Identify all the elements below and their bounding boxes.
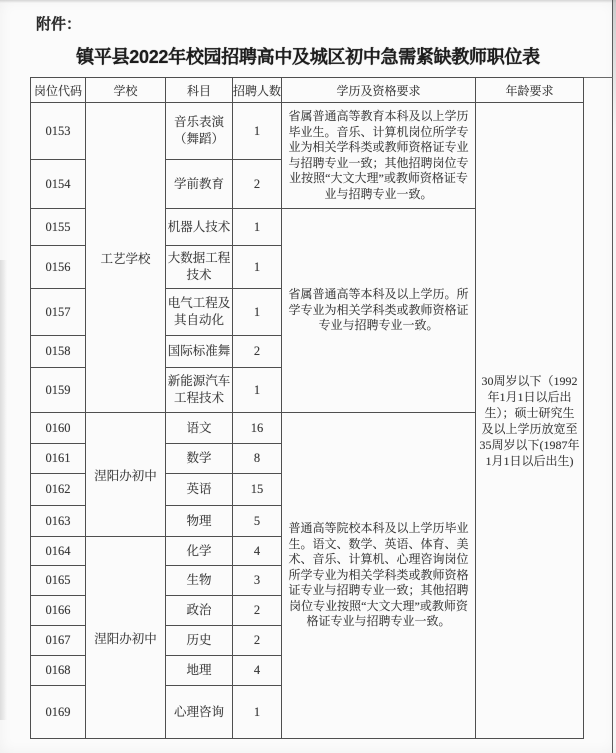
recruit-count-cell: 1: [233, 246, 282, 289]
recruit-count-cell: 3: [233, 566, 282, 596]
recruit-count-cell: 1: [233, 368, 282, 413]
recruit-count-cell: 5: [233, 506, 282, 537]
scan-left-shade: [0, 260, 7, 720]
position-code-cell: 0168: [31, 656, 86, 686]
recruit-count-cell: 16: [233, 413, 282, 444]
header-position-code: 岗位代码: [31, 78, 86, 103]
subject-cell: 机器人技术: [166, 209, 233, 246]
school-cell: 涅阳办初中: [86, 537, 166, 739]
recruit-count-cell: 4: [233, 537, 282, 566]
subject-cell: 国际标准舞: [166, 336, 233, 368]
subject-cell: 新能源汽车工程技术: [166, 368, 233, 413]
page-title: 镇平县2022年校园招聘高中及城区初中急需紧缺教师职位表: [0, 43, 616, 69]
subject-cell: 音乐表演（舞蹈）: [166, 103, 233, 160]
attachment-label: 附件：: [36, 13, 81, 34]
subject-cell: 心理咨询: [166, 686, 233, 739]
position-code-cell: 0157: [31, 289, 86, 336]
subject-cell: 数学: [166, 444, 233, 474]
subject-cell: 大数据工程技术: [166, 246, 233, 289]
position-code-cell: 0169: [31, 686, 86, 739]
school-cell: 涅阳办初中: [86, 413, 166, 537]
jobs-table: 岗位代码 学校 科目 招聘人数 学历及资格要求 年龄要求 0153 工艺学校 音…: [30, 77, 584, 739]
subject-cell: 语文: [166, 413, 233, 444]
subject-cell: 物理: [166, 506, 233, 537]
recruit-count-cell: 8: [233, 444, 282, 474]
position-code-cell: 0167: [31, 626, 86, 656]
requirements-cell: 普通高等院校本科及以上学历毕业生。语文、数学、英语、体育、美术、音乐、计算机、心…: [282, 413, 476, 739]
subject-cell: 政治: [166, 596, 233, 626]
recruit-count-cell: 2: [233, 336, 282, 368]
position-code-cell: 0161: [31, 444, 86, 474]
scan-top-shade: [0, 0, 616, 3]
header-requirements: 学历及资格要求: [282, 78, 476, 103]
position-code-cell: 0156: [31, 246, 86, 289]
table-edge-tick: [583, 77, 613, 78]
school-cell: 工艺学校: [86, 103, 166, 413]
age-requirement-cell: 30周岁以下（1992年1月1日以后出生）；硕士研究生及以上学历放宽至35周岁以…: [476, 103, 584, 739]
position-code-cell: 0155: [31, 209, 86, 246]
table-header-row: 岗位代码 学校 科目 招聘人数 学历及资格要求 年龄要求: [31, 78, 584, 103]
position-code-cell: 0159: [31, 368, 86, 413]
position-code-cell: 0163: [31, 506, 86, 537]
recruit-count-cell: 1: [233, 686, 282, 739]
recruit-count-cell: 15: [233, 474, 282, 506]
position-code-cell: 0153: [31, 103, 86, 160]
position-code-cell: 0160: [31, 413, 86, 444]
recruit-count-cell: 1: [233, 289, 282, 336]
position-code-cell: 0154: [31, 160, 86, 209]
position-code-cell: 0165: [31, 566, 86, 596]
header-recruit-count: 招聘人数: [233, 78, 282, 103]
recruit-count-cell: 4: [233, 656, 282, 686]
position-code-cell: 0162: [31, 474, 86, 506]
subject-cell: 学前教育: [166, 160, 233, 209]
subject-cell: 化学: [166, 537, 233, 566]
subject-cell: 电气工程及其自动化: [166, 289, 233, 336]
header-school: 学校: [86, 78, 166, 103]
subject-cell: 历史: [166, 626, 233, 656]
recruit-count-cell: 2: [233, 160, 282, 209]
requirements-cell: 省属普通高等本科及以上学历。所学专业为相关学科类或教师资格证专业与招聘专业一致。: [282, 209, 476, 413]
recruit-count-cell: 1: [233, 103, 282, 160]
requirements-cell: 省属普通高等教育本科及以上学历毕业生。音乐、计算机岗位所学专业为相关学科类或教师…: [282, 103, 476, 209]
header-subject: 科目: [166, 78, 233, 103]
position-code-cell: 0158: [31, 336, 86, 368]
header-age-requirement: 年龄要求: [476, 78, 584, 103]
table-row: 0153 工艺学校 音乐表演（舞蹈） 1 省属普通高等教育本科及以上学历毕业生。…: [31, 103, 584, 160]
recruit-count-cell: 2: [233, 626, 282, 656]
recruit-count-cell: 2: [233, 596, 282, 626]
subject-cell: 地理: [166, 656, 233, 686]
position-code-cell: 0166: [31, 596, 86, 626]
subject-cell: 生物: [166, 566, 233, 596]
position-code-cell: 0164: [31, 537, 86, 566]
subject-cell: 英语: [166, 474, 233, 506]
recruit-count-cell: 1: [233, 209, 282, 246]
